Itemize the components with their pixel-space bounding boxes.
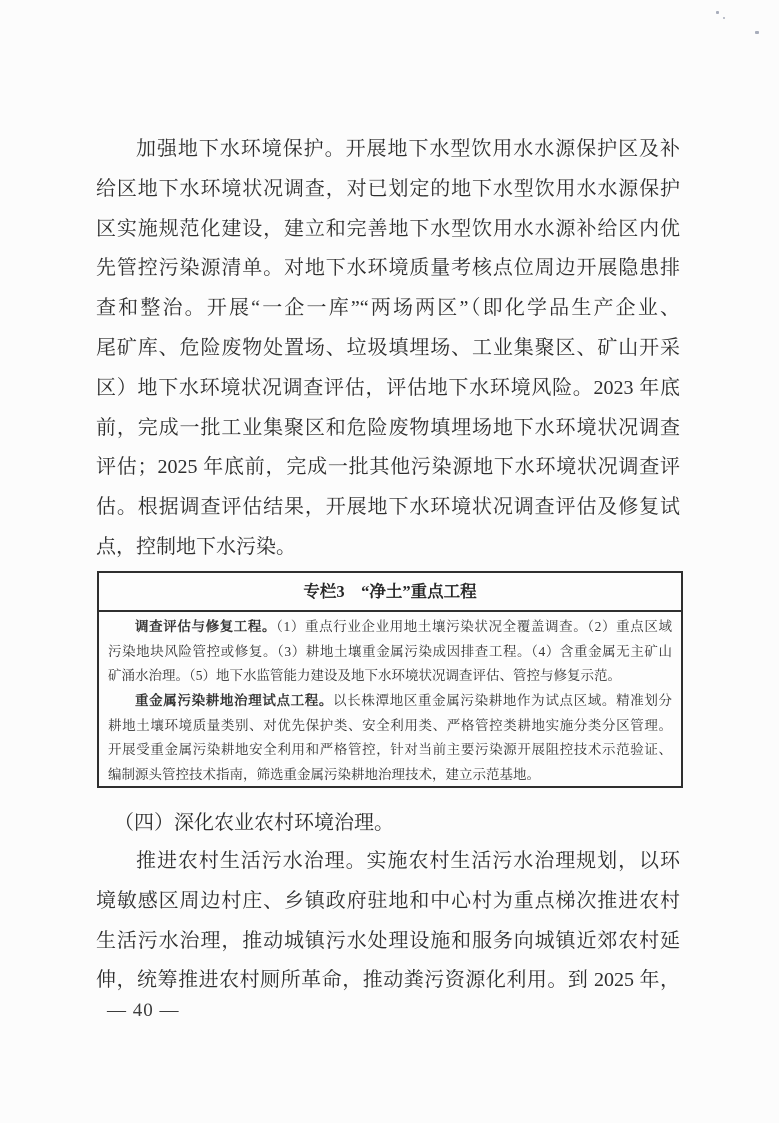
box-paragraph-heavy-metal-rest: 以长株潭地区重金属污染耕地作为试点区域。精准划分 <box>333 693 672 708</box>
section-heading-4: （四）深化农业农村环境治理。 <box>96 803 680 843</box>
text-line: 加强地下水环境保护。开展地下水型饮用水水源保护区及补 <box>96 130 680 170</box>
document-page: { "page": { "number": "— 40 —" }, "color… <box>0 0 779 1123</box>
text-line: 调查评估与修复工程。（1）重点行业企业用地土壤污染状况全覆盖调查。（2）重点区域 <box>108 615 672 640</box>
feature-box: 专栏3 “净土”重点工程 调查评估与修复工程。（1）重点行业企业用地土壤污染状况… <box>97 571 683 788</box>
scan-speck <box>716 11 719 14</box>
text-line: 点，控制地下水污染。 <box>96 528 680 568</box>
feature-box-body: 调查评估与修复工程。（1）重点行业企业用地土壤污染状况全覆盖调查。（2）重点区域… <box>99 612 681 788</box>
text-line: 矿涌水治理。（5）地下水监管能力建设及地下水环境状况调查评估、管控与修复示范。 <box>108 664 672 689</box>
text-line: 先管控污染源清单。对地下水环境质量考核点位周边开展隐患排 <box>96 249 680 289</box>
box-paragraph-heavy-metal: 重金属污染耕地治理试点工程。以长株潭地区重金属污染耕地作为试点区域。精准划分 耕… <box>108 689 672 788</box>
text-line: 评估；2025 年底前，完成一批其他污染源地下水环境状况调查评 <box>96 448 680 488</box>
box-paragraph-survey-lines: 污染地块风险管控或修复。（3）耕地土壤重金属污染成因排查工程。（4）含重金属无主… <box>108 640 672 689</box>
body-paragraph-groundwater: 加强地下水环境保护。开展地下水型饮用水水源保护区及补给区地下水环境状况调查，对已… <box>96 130 680 568</box>
text-line: 前，完成一批工业集聚区和危险废物填埋场地下水环境状况调查 <box>96 409 680 449</box>
feature-box-title: 专栏3 “净土”重点工程 <box>99 573 681 612</box>
text-line: 推进农村生活污水治理。实施农村生活污水治理规划，以环 <box>96 842 680 882</box>
text-line: 境敏感区周边村庄、乡镇政府驻地和中心村为重点梯次推进农村 <box>96 882 680 922</box>
text-line: 开展受重金属污染耕地安全利用和严格管控，针对当前主要污染源开展阻控技术示范验证、 <box>108 738 672 763</box>
box-paragraph-survey-rest: （1）重点行业企业用地土壤污染状况全覆盖调查。（2）重点区域 <box>276 619 672 634</box>
text-line: 估。根据调查评估结果，开展地下水环境状况调查评估及修复试 <box>96 488 680 528</box>
text-line: 污染地块风险管控或修复。（3）耕地土壤重金属污染成因排查工程。（4）含重金属无主… <box>108 640 672 665</box>
body-paragraph-rural-sewage: 推进农村生活污水治理。实施农村生活污水治理规划，以环境敏感区周边村庄、乡镇政府驻… <box>96 842 680 1001</box>
text-line: 查和整治。开展“一企一库”“两场两区”（即化学品生产企业、 <box>96 289 680 329</box>
text-line: 区）地下水环境状况调查评估，评估地下水环境风险。2023 年底 <box>96 369 680 409</box>
text-line: 耕地土壤环境质量类别、对优先保护类、安全利用类、严格管控类耕地实施分类分区管理。 <box>108 714 672 739</box>
box-paragraph-survey-lead: 调查评估与修复工程。 <box>135 619 276 634</box>
text-line: 编制源头管控技术指南，筛选重金属污染耕地治理技术，建立示范基地。 <box>108 763 672 788</box>
text-line: 尾矿库、危险废物处置场、垃圾填埋场、工业集聚区、矿山开采 <box>96 329 680 369</box>
scan-speck <box>723 17 725 19</box>
scan-speck <box>755 31 759 34</box>
box-paragraph-heavy-metal-lines: 耕地土壤环境质量类别、对优先保护类、安全利用类、严格管控类耕地实施分类分区管理。… <box>108 714 672 788</box>
box-paragraph-heavy-metal-lead: 重金属污染耕地治理试点工程。 <box>135 693 333 708</box>
box-paragraph-survey: 调查评估与修复工程。（1）重点行业企业用地土壤污染状况全覆盖调查。（2）重点区域… <box>108 615 672 689</box>
text-line: 重金属污染耕地治理试点工程。以长株潭地区重金属污染耕地作为试点区域。精准划分 <box>108 689 672 714</box>
text-line: 生活污水治理，推动城镇污水处理设施和服务向城镇近郊农村延 <box>96 922 680 962</box>
text-line: 给区地下水环境状况调查，对已划定的地下水型饮用水水源保护 <box>96 170 680 210</box>
text-line: 伸，统筹推进农村厕所革命，推动粪污资源化利用。到 2025 年， <box>96 961 680 1001</box>
page-number: — 40 — <box>107 998 180 1024</box>
text-line: 区实施规范化建设，建立和完善地下水型饮用水水源补给区内优 <box>96 210 680 250</box>
